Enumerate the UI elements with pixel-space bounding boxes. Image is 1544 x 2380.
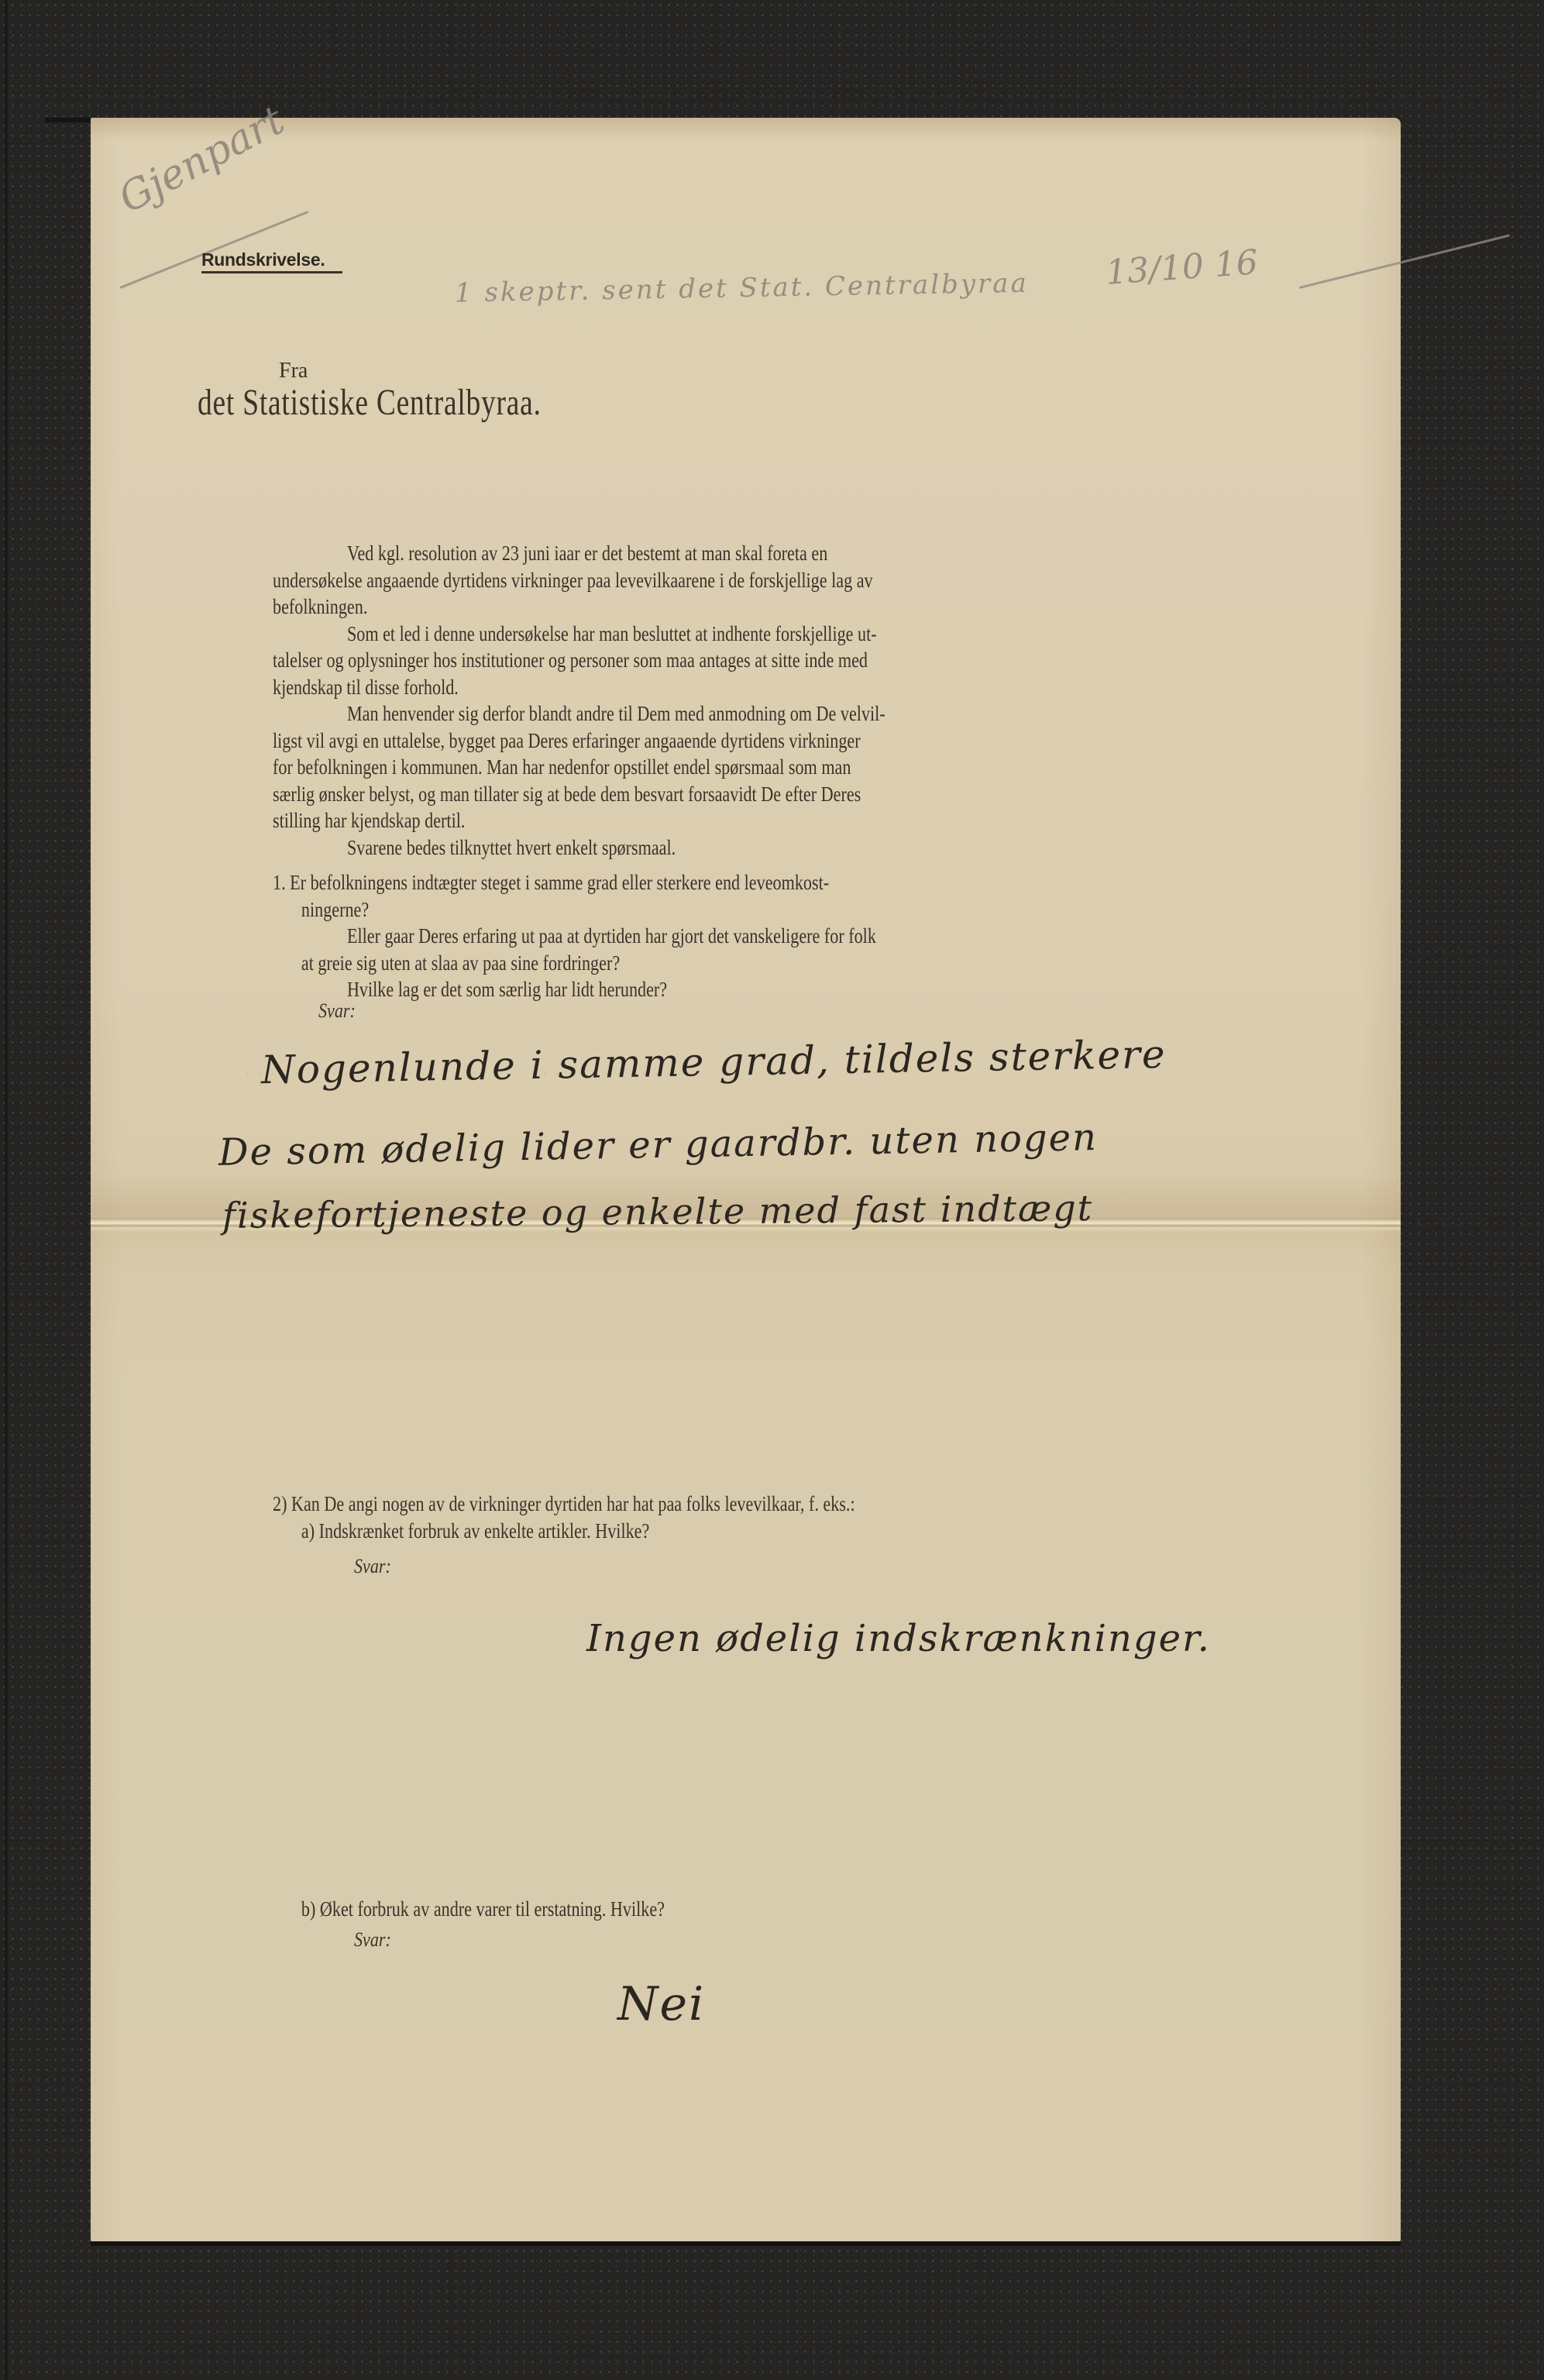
sub-question-text: Indskrænket forbruk av enkelte artikler.… xyxy=(319,1519,650,1543)
scanner-frame-edge xyxy=(5,0,8,2380)
handwritten-answer: Nei xyxy=(617,1977,705,2031)
question-1: 1. Er befolkningens indtægter steget i s… xyxy=(273,869,1288,1003)
sub-question-label: b) xyxy=(301,1897,315,1921)
sub-question-label: a) xyxy=(301,1519,315,1543)
paragraph-line: kjendskap til disse forhold. xyxy=(273,674,1105,701)
sender-title: det Statistiske Centralbyraa. xyxy=(198,381,542,424)
paragraph-line: Man henvender sig derfor blandt andre ti… xyxy=(273,700,1105,727)
handwritten-answer: Ingen ødelig indskrænkninger. xyxy=(586,1617,1211,1660)
answer-label: Svar: xyxy=(318,999,356,1023)
question-number: 1. xyxy=(273,871,286,894)
sub-question-text: Øket forbruk av andre varer til erstatni… xyxy=(320,1897,665,1921)
handwritten-answer-line: Nogenlunde i samme grad, tildels sterker… xyxy=(261,1032,1167,1092)
intro-text: Ved kgl. resolution av 23 juni iaar er d… xyxy=(273,540,1288,861)
paragraph-line: stilling har kjendskap dertil. xyxy=(273,807,1105,834)
pencil-underline-stroke xyxy=(1299,234,1510,289)
handwritten-answer-line: De som ødelig lider er gaardbr. uten nog… xyxy=(218,1116,1099,1175)
circular-label-underline xyxy=(201,271,342,273)
paragraph-line: ligst vil avgi en uttalelse, bygget paa … xyxy=(273,727,1105,755)
paragraph-line: for befolkningen i kommunen. Man har ned… xyxy=(273,754,1105,781)
question-line: 1. Er befolkningens indtægter steget i s… xyxy=(273,869,1105,896)
paragraph-line: særlig ønsker belyst, og man tillater si… xyxy=(273,781,1105,808)
from-label: Fra xyxy=(279,359,308,383)
question-text: Er befolkningens indtægter steget i samm… xyxy=(290,871,829,894)
document-page: Gjenpart 1 skeptr. sent det Stat. Centra… xyxy=(91,118,1401,2241)
question-line: ningerne? xyxy=(273,896,1105,923)
paragraph-line: befolkningen. xyxy=(273,593,1105,621)
question-line: Eller gaar Deres erfaring ut paa at dyrt… xyxy=(273,923,1105,950)
question-line: 2) Kan De angi nogen av de virkninger dy… xyxy=(273,1491,1105,1518)
question-line: Hvilke lag er det som særlig har lidt he… xyxy=(273,976,1105,1003)
question-line: at greie sig uten at slaa av paa sine fo… xyxy=(273,950,1105,977)
paragraph-line: talelser og oplysninger hos institutione… xyxy=(273,647,1105,674)
question-text: Kan De angi nogen av de virkninger dyrti… xyxy=(291,1492,855,1515)
question-number: 2) xyxy=(273,1492,287,1515)
paragraph-line: Ved kgl. resolution av 23 juni iaar er d… xyxy=(273,540,1105,567)
sub-question-line: a) Indskrænket forbruk av enkelte artikl… xyxy=(273,1518,1105,1545)
handwritten-answer-line: fiskefortjeneste og enkelte med fast ind… xyxy=(222,1187,1094,1236)
question-2b: b) Øket forbruk av andre varer til ersta… xyxy=(273,1896,1288,1923)
answer-label: Svar: xyxy=(354,1928,391,1952)
circular-label: Rundskrivelse. xyxy=(201,249,325,270)
pencil-annotation-sent-note: 1 skeptr. sent det Stat. Centralbyraa xyxy=(455,268,1029,309)
paragraph-line: Svarene bedes tilknyttet hvert enkelt sp… xyxy=(273,834,1105,862)
paragraph-line: Som et led i denne undersøkelse har man … xyxy=(273,621,1105,648)
question-2: 2) Kan De angi nogen av de virkninger dy… xyxy=(273,1491,1288,1544)
answer-label: Svar: xyxy=(354,1555,391,1578)
paragraph-line: undersøkelse angaaende dyrtidens virknin… xyxy=(273,567,1105,594)
pencil-annotation-gjenpart: Gjenpart xyxy=(112,97,292,222)
sub-question-line: b) Øket forbruk av andre varer til ersta… xyxy=(273,1896,1105,1923)
pencil-annotation-date: 13/10 16 xyxy=(1104,242,1259,293)
